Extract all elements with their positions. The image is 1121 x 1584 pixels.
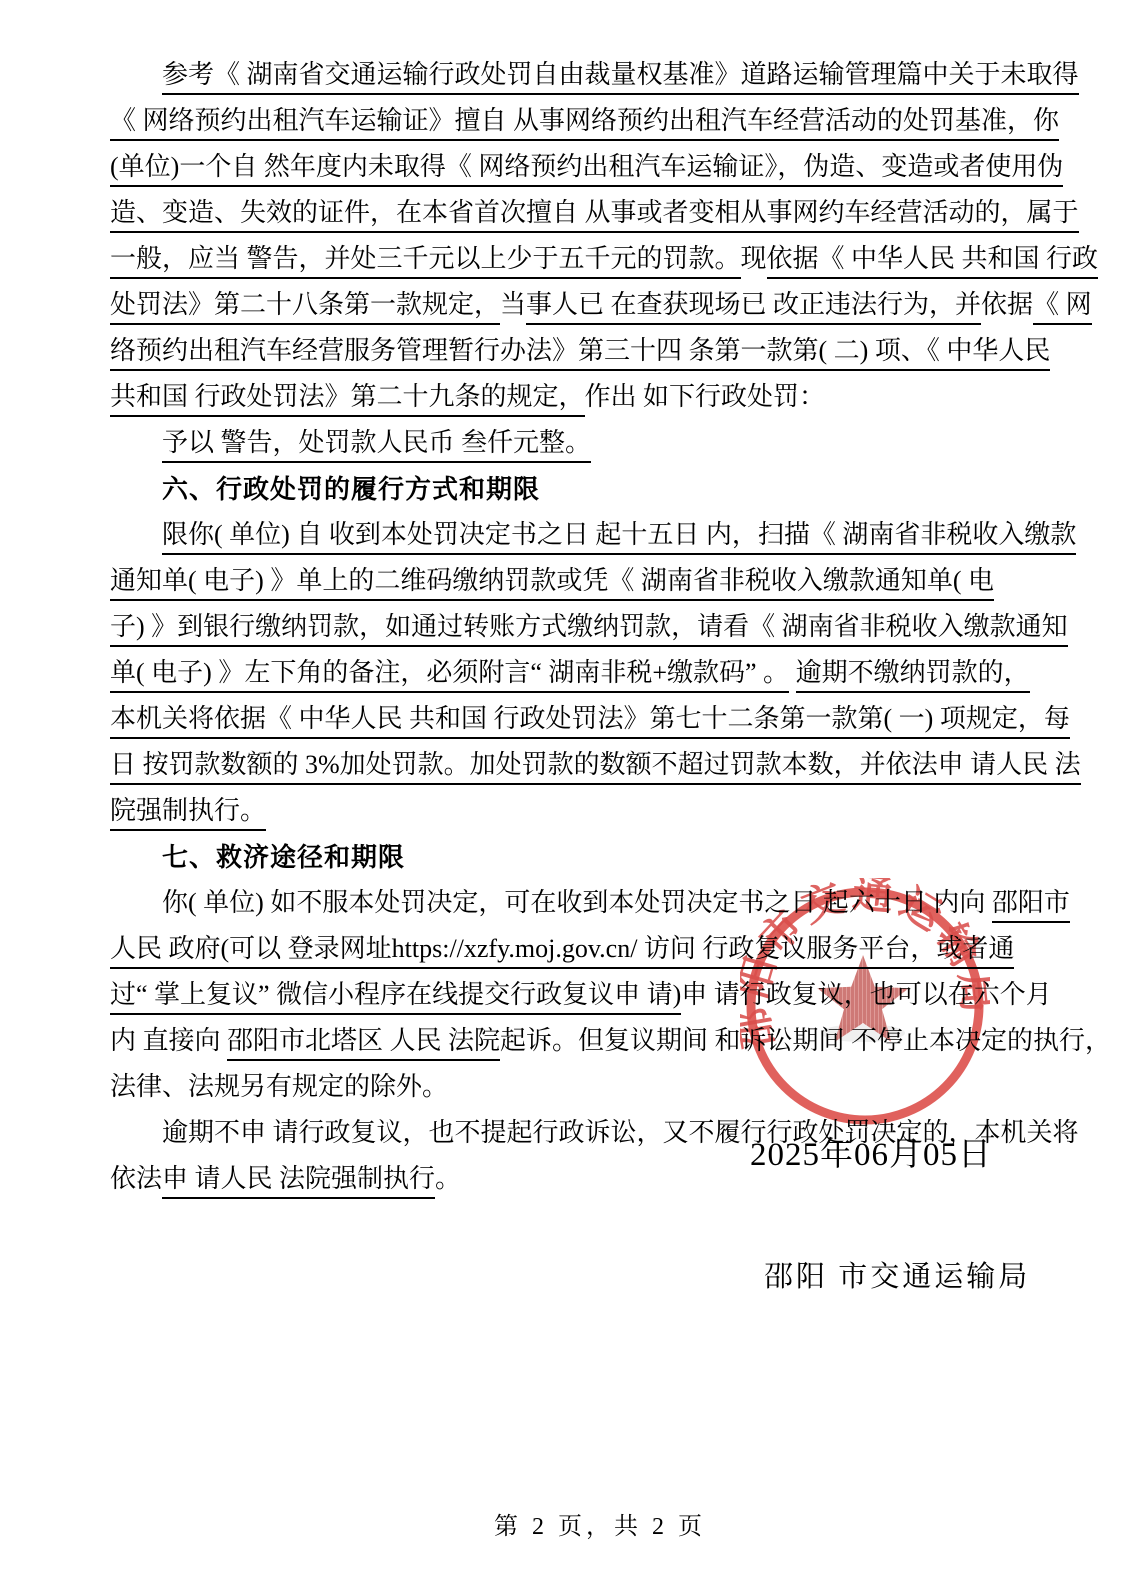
document-line: 予以 警告，处罚款人民币 叁仟元整。 bbox=[110, 420, 1065, 466]
text-segment: 一般，应当 警告，并处三千元以上少于五千元的罚款。 bbox=[110, 244, 741, 279]
document-line: 你( 单位) 如不服本处罚决定，可在收到本处罚决定书之日 起六十日 内向 邵阳市 bbox=[110, 880, 1065, 926]
text-segment: 予以 警告，处罚款人民币 叁仟元整。 bbox=[162, 428, 591, 463]
text-segment: 邵阳市 bbox=[992, 888, 1070, 923]
text-segment: 六、行政处罚的履行方式和期限 bbox=[162, 474, 540, 504]
text-segment: 子) 》到银行缴纳罚款，如通过转账方式缴纳罚款，请看《 湖南省非税收入缴款通知 bbox=[110, 612, 1068, 647]
text-segment: 你( 单位) 如不服本处罚决定，可在收到本处罚决定书之日 起六十日 内向 bbox=[162, 888, 992, 917]
page-number-footer: 第 2 页，共 2 页 bbox=[494, 1506, 706, 1541]
document-line: 内 直接向 邵阳市北塔区 人民 法院起诉。但复议期间 和诉讼期间 不停止本决定的… bbox=[110, 1018, 1065, 1064]
text-segment: 依据 bbox=[981, 290, 1033, 319]
text-segment: 过“ 掌上复议” 微信小程序在线提交行政复议申 请) bbox=[110, 980, 681, 1015]
text-segment: 邵阳市北塔区 人民 法院 bbox=[227, 1026, 500, 1061]
text-segment: 。 bbox=[435, 1164, 461, 1193]
issuing-authority-signature: 邵阳 市交通运输局 bbox=[764, 1254, 1030, 1295]
text-segment: 参考《 湖南省交通运输行政处罚自由裁量权基准》道路运输管理篇中关于未取得 bbox=[162, 60, 1079, 95]
text-segment: 申 请行政复议，也可以在六个月 bbox=[681, 980, 1052, 1009]
document-line: 处罚法》第二十八条第一款规定，当事人已 在查获现场已 改正违法行为，并依据《 网 bbox=[110, 282, 1065, 328]
text-segment: 造、变造、失效的证件，在本省首次擅自 从事或者变相从事网约车经营活动的，属于 bbox=[110, 198, 1079, 233]
text-segment: 《 网 bbox=[1033, 290, 1092, 325]
text-segment: 依法 bbox=[110, 1164, 162, 1193]
section-heading: 七、救济途径和期限 bbox=[110, 834, 1065, 880]
text-segment: 现 bbox=[741, 244, 767, 273]
text-segment: 事人已 在查获现场已 改正违法行为，并 bbox=[526, 290, 981, 325]
text-segment: 通知单( 电子) 》单上的二维码缴纳罚款或凭《 湖南省非税收入缴款通知单( 电 bbox=[110, 566, 994, 601]
text-segment: 《 网络预约出租汽车运输证》擅自 从事网络预约出租汽车经营活动的处罚基准，你 bbox=[110, 106, 1059, 141]
document-line: 造、变造、失效的证件，在本省首次擅自 从事或者变相从事网约车经营活动的，属于 bbox=[110, 190, 1065, 236]
text-segment: 内 直接向 bbox=[110, 1026, 227, 1055]
document-line: 单( 电子) 》左下角的备注，必须附言“ 湖南非税+缴款码” 。 逾期不缴纳罚款… bbox=[110, 650, 1065, 696]
text-segment: 申 请人民 法院强制执行 bbox=[162, 1164, 435, 1199]
text-segment: 络预约出租汽车经营服务管理暂行办法》第三十四 条第一款第( 二) 项、《 中华人… bbox=[110, 336, 1050, 371]
document-line: (单位)一个自 然年度内未取得《 网络预约出租汽车运输证》，伪造、变造或者使用伪 bbox=[110, 144, 1065, 190]
text-segment: 作出 如下行政处罚： bbox=[585, 382, 826, 411]
text-segment: 本机关将依据《 中华人民 共和国 行政处罚法》第七十二条第一款第( 一) 项规定… bbox=[110, 704, 1070, 739]
document-line: 人民 政府(可以 登录网址https://xzfy.moj.gov.cn/ 访问… bbox=[110, 926, 1065, 972]
document-line: 通知单( 电子) 》单上的二维码缴纳罚款或凭《 湖南省非税收入缴款通知单( 电 bbox=[110, 558, 1065, 604]
document-line: 日 按罚款数额的 3%加处罚款。加处罚款的数额不超过罚款本数，并依法申 请人民 … bbox=[110, 742, 1065, 788]
text-segment: 院强制执行。 bbox=[110, 796, 266, 831]
document-line: 法律、法规另有规定的除外。 bbox=[110, 1064, 1065, 1110]
document-line: 院强制执行。 bbox=[110, 788, 1065, 834]
text-segment: 当 bbox=[500, 290, 526, 319]
document-body: 参考《 湖南省交通运输行政处罚自由裁量权基准》道路运输管理篇中关于未取得《 网络… bbox=[110, 52, 1065, 1202]
document-line: 共和国 行政处罚法》第二十九条的规定，作出 如下行政处罚： bbox=[110, 374, 1065, 420]
text-segment: 七、救济途径和期限 bbox=[162, 842, 405, 872]
decision-date: 2025年06月05日 bbox=[750, 1128, 992, 1175]
text-segment: (单位)一个自 然年度内未取得《 网络预约出租汽车运输证》，伪造、变造或者使用伪 bbox=[110, 152, 1063, 187]
document-line: 过“ 掌上复议” 微信小程序在线提交行政复议申 请)申 请行政复议，也可以在六个… bbox=[110, 972, 1065, 1018]
document-line: 参考《 湖南省交通运输行政处罚自由裁量权基准》道路运输管理篇中关于未取得 bbox=[110, 52, 1065, 98]
text-segment: 起诉。但复议期间 和诉讼期间 不停止本决定的执行， bbox=[500, 1026, 1111, 1055]
document-line: 络预约出租汽车经营服务管理暂行办法》第三十四 条第一款第( 二) 项、《 中华人… bbox=[110, 328, 1065, 374]
text-segment: 限你( 单位) 自 收到本处罚决定书之日 起十五日 内，扫描《 湖南省非税收入缴… bbox=[162, 520, 1076, 555]
document-line: 限你( 单位) 自 收到本处罚决定书之日 起十五日 内，扫描《 湖南省非税收入缴… bbox=[110, 512, 1065, 558]
section-heading: 六、行政处罚的履行方式和期限 bbox=[110, 466, 1065, 512]
document-line: 本机关将依据《 中华人民 共和国 行政处罚法》第七十二条第一款第( 一) 项规定… bbox=[110, 696, 1065, 742]
text-segment: 共和国 行政处罚法》第二十九条的规定， bbox=[110, 382, 585, 417]
text-segment: 人民 政府(可以 登录网址https://xzfy.moj.gov.cn/ 访问… bbox=[110, 934, 1014, 969]
document-line: 子) 》到银行缴纳罚款，如通过转账方式缴纳罚款，请看《 湖南省非税收入缴款通知 bbox=[110, 604, 1065, 650]
text-segment: 逾期不缴纳罚款的， bbox=[796, 658, 1030, 693]
text-segment: 单( 电子) 》左下角的备注，必须附言“ 湖南非税+缴款码” 。 bbox=[110, 658, 789, 693]
text-segment: 依据《 中华人民 共和国 行政 bbox=[767, 244, 1099, 279]
text-segment: 日 按罚款数额的 3%加处罚款。加处罚款的数额不超过罚款本数，并依法申 请人民 … bbox=[110, 750, 1081, 785]
text-segment: 处罚法》第二十八条第一款规定， bbox=[110, 290, 500, 325]
text-segment: 法律、法规另有规定的除外。 bbox=[110, 1072, 448, 1101]
document-page: 参考《 湖南省交通运输行政处罚自由裁量权基准》道路运输管理篇中关于未取得《 网络… bbox=[0, 0, 1121, 1584]
document-line: 《 网络预约出租汽车运输证》擅自 从事网络预约出租汽车经营活动的处罚基准，你 bbox=[110, 98, 1065, 144]
text-segment bbox=[789, 658, 796, 687]
document-line: 一般，应当 警告，并处三千元以上少于五千元的罚款。现依据《 中华人民 共和国 行… bbox=[110, 236, 1065, 282]
